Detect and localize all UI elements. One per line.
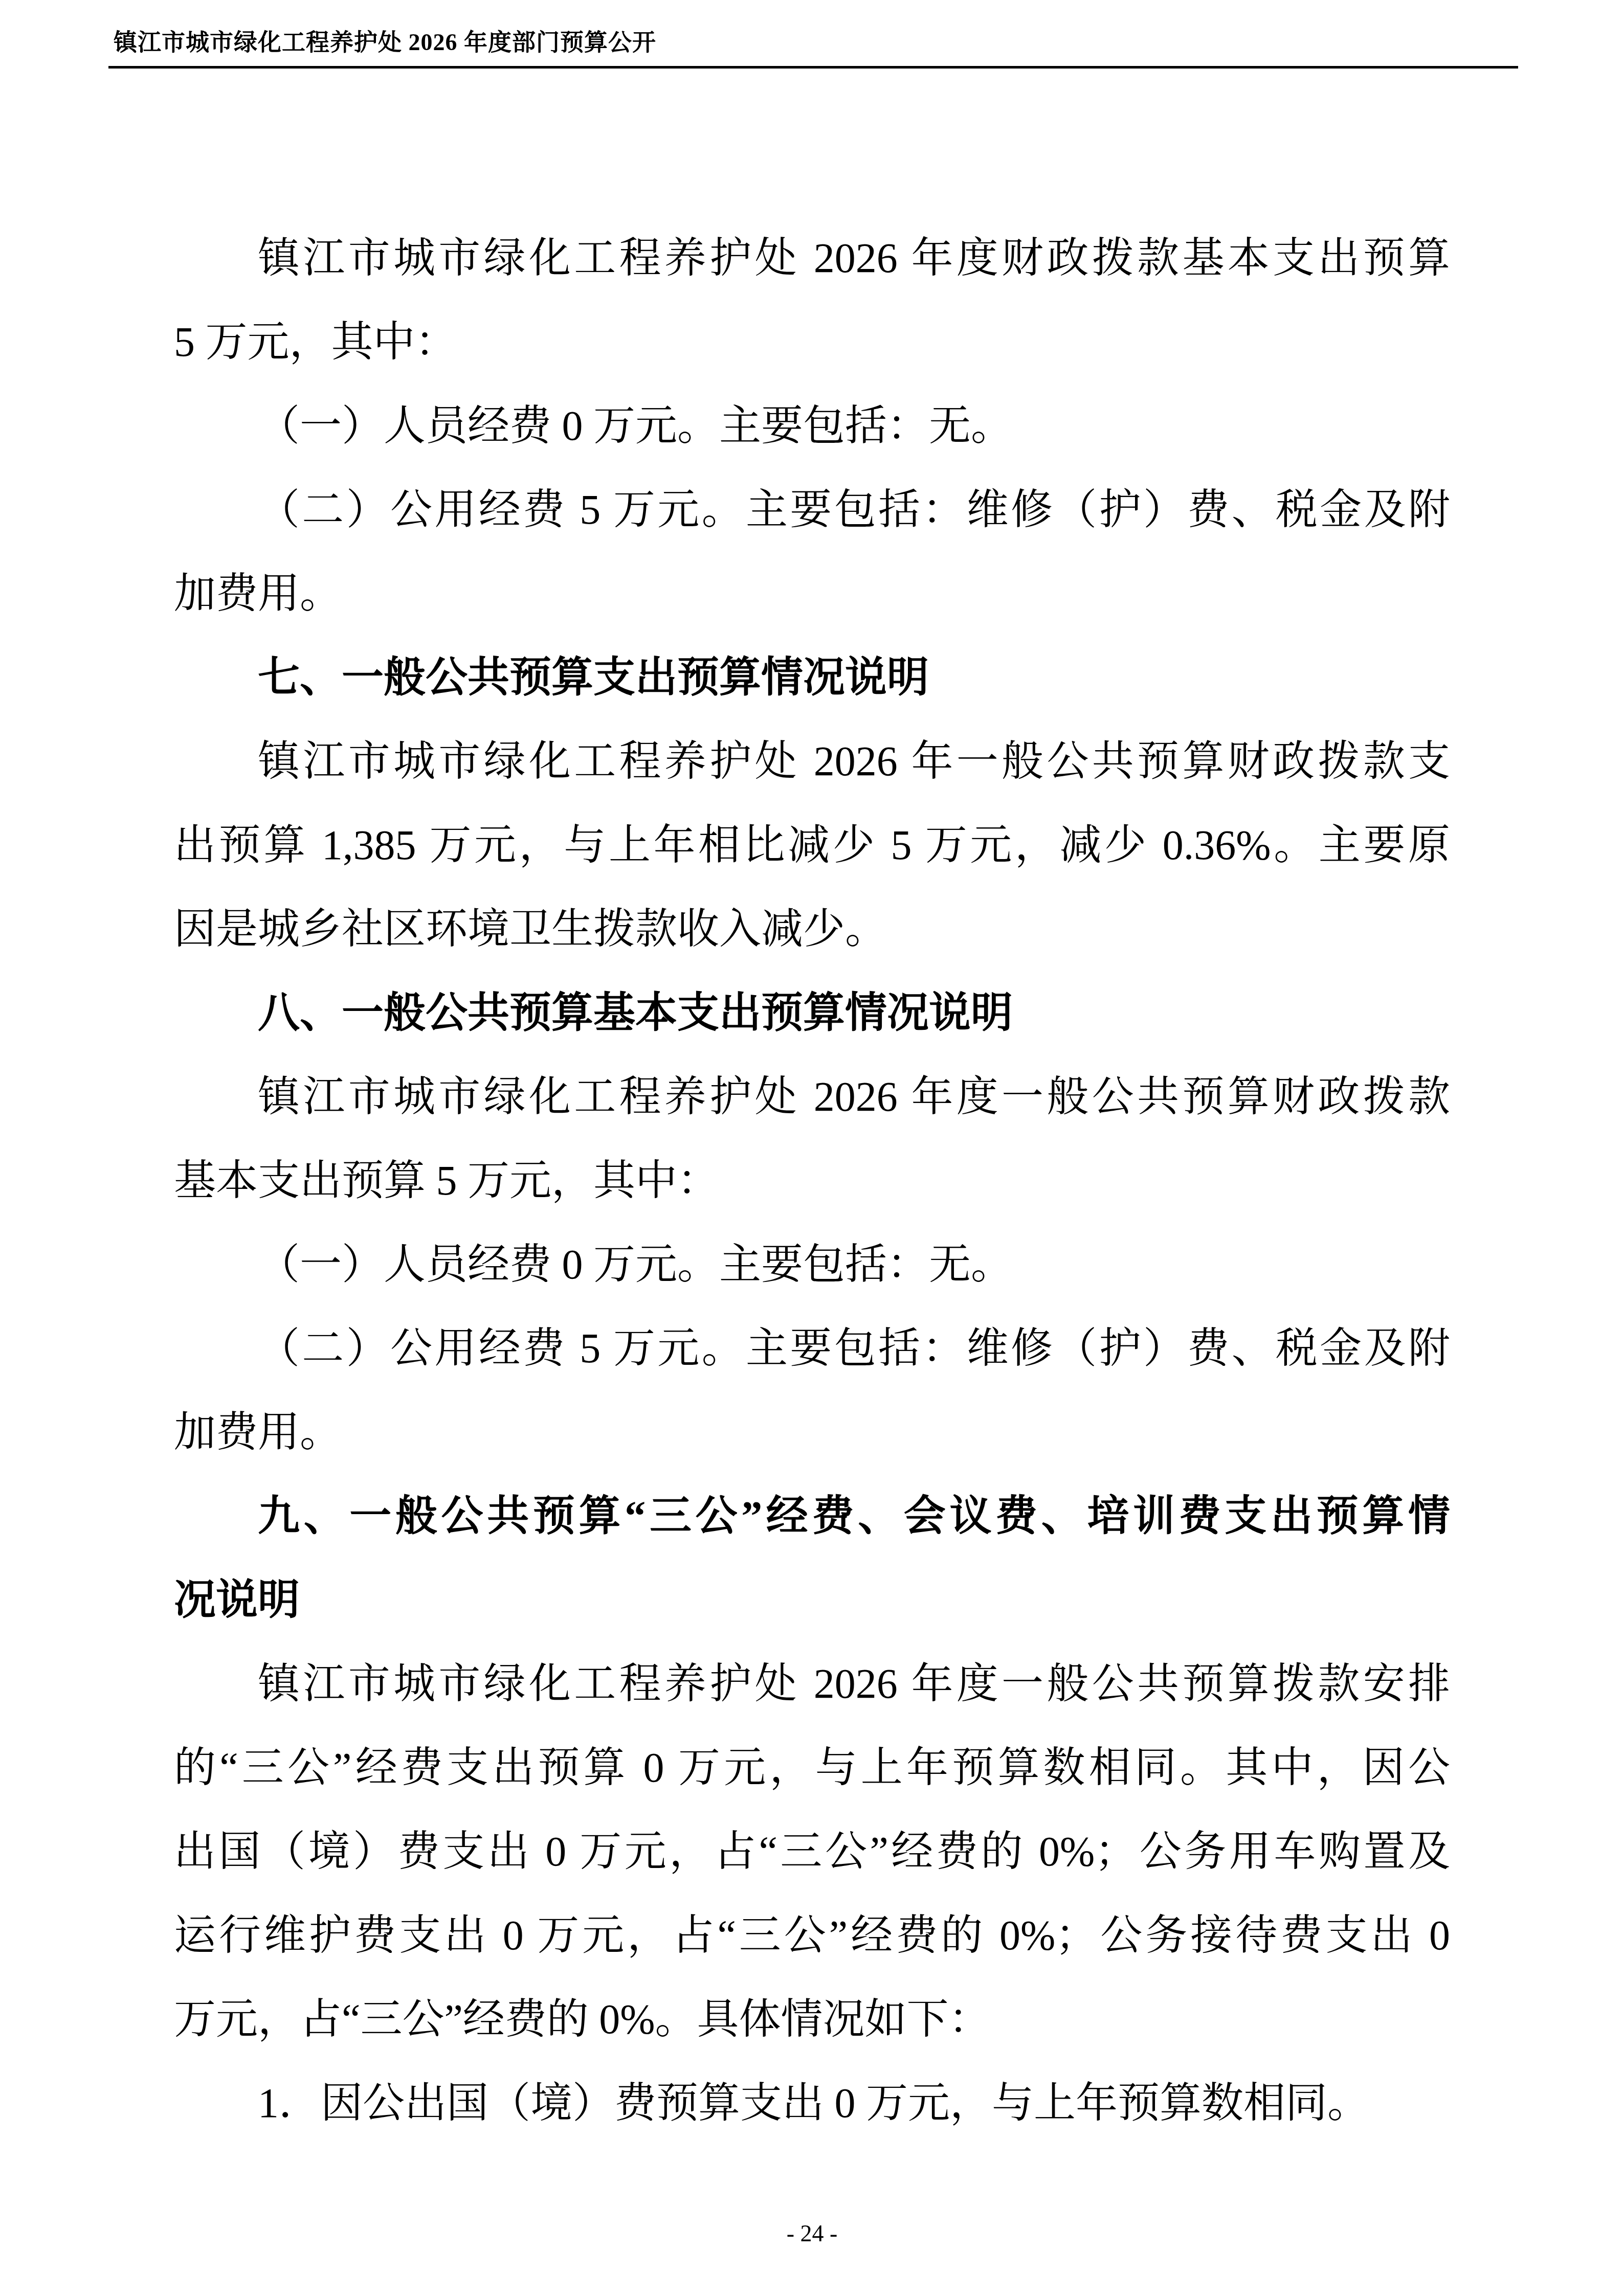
body-text-line: 1．因公出国（境）费预算支出 0 万元，与上年预算数相同。 xyxy=(174,2061,1450,2145)
body-text-line: 出国（境）费支出 0 万元，占“三公”经费的 0%；公务用车购置及 xyxy=(174,1810,1450,1894)
page-number: - 24 - xyxy=(0,2217,1624,2250)
heading-line: 八、一般公共预算基本支出预算情况说明 xyxy=(174,971,1450,1055)
header-rule xyxy=(108,66,1518,69)
document-body: 镇江市城市绿化工程养护处 2026 年度财政拨款基本支出预算5 万元，其中：（一… xyxy=(174,216,1450,2145)
body-text-line: 基本支出预算 5 万元，其中： xyxy=(174,1139,1450,1223)
heading-line: 九、一般公共预算“三公”经费、会议费、培训费支出预算情 xyxy=(174,1474,1450,1558)
body-text-line: 因是城乡社区环境卫生拨款收入减少。 xyxy=(174,887,1450,971)
body-text-line: 镇江市城市绿化工程养护处 2026 年度一般公共预算财政拨款 xyxy=(174,1055,1450,1139)
heading-line: 况说明 xyxy=(174,1558,1450,1642)
body-text-line: 加费用。 xyxy=(174,552,1450,636)
body-text-line: 出预算 1,385 万元，与上年相比减少 5 万元，减少 0.36%。主要原 xyxy=(174,803,1450,887)
body-text-line: 万元，占“三公”经费的 0%。具体情况如下： xyxy=(174,1977,1450,2061)
body-text-line: （二）公用经费 5 万元。主要包括：维修（护）费、税金及附 xyxy=(174,1307,1450,1390)
heading-line: 七、一般公共预算支出预算情况说明 xyxy=(174,636,1450,719)
document-page: 镇江市城市绿化工程养护处 2026 年度部门预算公开 镇江市城市绿化工程养护处 … xyxy=(0,0,1624,2296)
body-text-line: 加费用。 xyxy=(174,1390,1450,1474)
body-text-line: 镇江市城市绿化工程养护处 2026 年度一般公共预算拨款安排 xyxy=(174,1642,1450,1726)
body-text-line: （二）公用经费 5 万元。主要包括：维修（护）费、税金及附 xyxy=(174,468,1450,552)
body-text-line: （一）人员经费 0 万元。主要包括：无。 xyxy=(174,1223,1450,1307)
body-text-line: （一）人员经费 0 万元。主要包括：无。 xyxy=(174,384,1450,468)
body-text-line: 镇江市城市绿化工程养护处 2026 年度财政拨款基本支出预算 xyxy=(174,216,1450,300)
body-text-line: 镇江市城市绿化工程养护处 2026 年一般公共预算财政拨款支 xyxy=(174,719,1450,803)
document-header-title: 镇江市城市绿化工程养护处 2026 年度部门预算公开 xyxy=(114,24,656,57)
body-text-line: 的“三公”经费支出预算 0 万元，与上年预算数相同。其中，因公 xyxy=(174,1726,1450,1810)
body-text-line: 5 万元，其中： xyxy=(174,300,1450,384)
body-text-line: 运行维护费支出 0 万元，占“三公”经费的 0%；公务接待费支出 0 xyxy=(174,1894,1450,1977)
